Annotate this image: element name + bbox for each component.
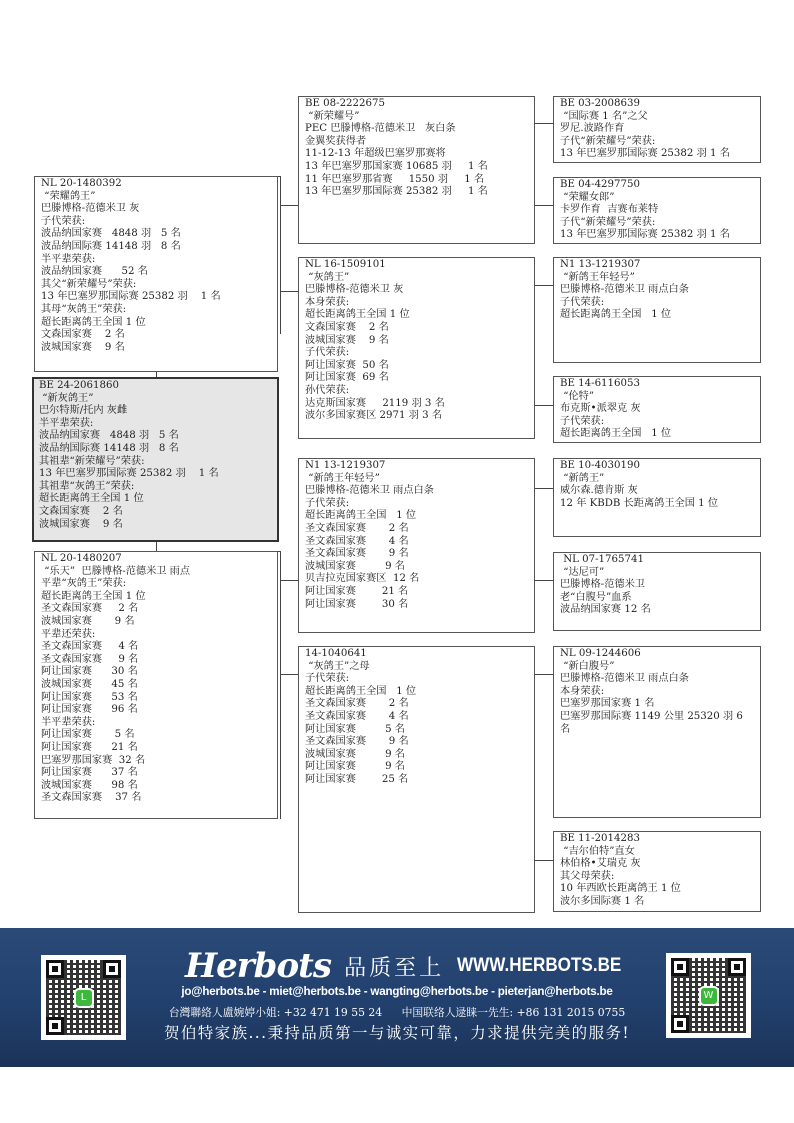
pedigree-line: “荣耀女郎” (560, 192, 756, 205)
pedigree-line: 阿让国家赛 30 名 (41, 666, 273, 679)
pedigree-line: 子代“新荣耀号”荣获: (560, 217, 756, 230)
pedigree-line: 圣文森国家赛 4 名 (41, 641, 273, 654)
pedigree-line: 波城国家赛 9 名 (41, 616, 273, 629)
ring-number: BE 03-2008639 (560, 98, 756, 111)
qr-finder-mark (46, 1017, 64, 1035)
ring-number: NL 09-1244606 (560, 648, 756, 661)
pedigree-sd-dam-card: BE 14-6116053 “伦特”布克斯•派翠克 灰子代荣获:超长距离鸽王全国… (553, 376, 761, 443)
pedigree-line: “吉尔伯特”直女 (560, 846, 756, 859)
qr-finder-mark (671, 1015, 689, 1033)
pedigree-line: 阿让国家赛 25 名 (305, 774, 530, 787)
pedigree-line: 圣文森国家赛 9 名 (41, 654, 273, 667)
line-qr-code[interactable]: L (41, 955, 126, 1040)
pedigree-line: 阿让国家赛 50 名 (305, 360, 530, 373)
pedigree-line: 其祖辈“灰鸽王”荣获: (39, 481, 273, 494)
pedigree-line: 子代荣获: (305, 347, 530, 360)
pedigree-ds-sire-card: BE 10-4030190 “新鸽王”威尔森.德肯斯 灰12 年 KBDB 长距… (553, 458, 761, 537)
pedigree-line: 圣文森国家赛 4 名 (305, 536, 530, 549)
pedigree-line: 阿让国家赛 9 名 (305, 761, 530, 774)
pedigree-line: 巴塞罗那国家赛 32 名 (41, 755, 273, 768)
ring-number: N1 13-1219307 (560, 259, 756, 272)
pedigree-line: 圣文森国家赛 2 名 (305, 523, 530, 536)
pedigree-line: 13 年巴塞罗那国家赛 10685 羽 1 名 (305, 161, 530, 174)
pedigree-line: 10 年西欧长距离鸽王 1 位 (560, 883, 756, 896)
qr-finder-mark (103, 960, 121, 978)
pedigree-line: 超长距离鸽王全国 1 位 (560, 428, 756, 441)
pedigree-line: 其母“灰鸽王”荣获: (41, 304, 273, 317)
pedigree-sire-sire-card: BE 08-2222675 “新荣耀号”PEC 巴滕博格-范德米卫 灰白条金翼奖… (298, 96, 535, 244)
herbots-logo: Herbots (185, 946, 331, 986)
pedigree-line: “伦特” (560, 391, 756, 404)
pedigree-line: 其祖辈“新荣耀号”荣获: (39, 456, 273, 469)
qr-finder-mark (728, 958, 746, 976)
pedigree-line: 阿让国家赛 96 名 (41, 704, 273, 717)
pedigree-sire-card: NL 20-1480392 “荣耀鸽王”巴滕博格-范德米卫 灰子代荣获:波品纳国… (34, 176, 278, 372)
pedigree-line: 半平辈荣获: (41, 254, 273, 267)
pedigree-line: 林伯格•艾瑞克 灰 (560, 858, 756, 871)
pedigree-line: 文森国家赛 2 名 (41, 329, 273, 342)
connector-line (535, 123, 553, 124)
pedigree-line: 13 年巴塞罗那国际赛 25382 羽 1 名 (560, 229, 756, 242)
pedigree-line: 半平辈荣获: (39, 418, 273, 431)
pedigree-line: 超长距离鸽王全国 1 位 (305, 686, 530, 699)
pedigree-line: 本身荣获: (560, 686, 756, 699)
pedigree-line: 阿让国家赛 21 名 (305, 586, 530, 599)
contact-china: 中国联络人逯睐一先生: +86 131 2015 0755 (402, 1006, 626, 1019)
pedigree-line: 波品纳国家赛 12 名 (560, 604, 756, 617)
pedigree-line: 波尔多国家赛区 2971 羽 3 名 (305, 410, 530, 423)
pedigree-dd-dam-card: BE 11-2014283 “吉尔伯特”直女林伯格•艾瑞克 灰其父母荣获:10 … (553, 831, 761, 912)
pedigree-line: “新鸽王” (560, 473, 756, 486)
pedigree-line: 达克斯国家赛 2119 羽 3 名 (305, 398, 530, 411)
pedigree-line: 卡罗作育 吉赛布莱特 (560, 204, 756, 217)
pedigree-dam-card: NL 20-1480207 “乐天” 巴滕博格-范德米卫 雨点平辈“灰鸽王”荣获… (34, 551, 278, 819)
pedigree-line: 波城国家赛 9 名 (41, 342, 273, 355)
pedigree-line: 巴滕博格-范德米卫 雨点白条 (305, 485, 530, 498)
pedigree-line: 波城国家赛 9 名 (305, 749, 530, 762)
pedigree-line: 布克斯•派翠克 灰 (560, 403, 756, 416)
ring-number: NL 20-1480207 (41, 553, 273, 566)
pedigree-line: 威尔森.德肯斯 灰 (560, 485, 756, 498)
pedigree-line: “新荣耀号” (305, 111, 530, 124)
pedigree-line: 13 年巴塞罗那国际赛 25382 羽 1 名 (41, 291, 273, 304)
pedigree-line: 半平辈荣获: (41, 717, 273, 730)
pedigree-line: “新灰鸽王” (39, 393, 273, 406)
pedigree-line: 子代荣获: (560, 416, 756, 429)
pedigree-line: 阿让国家赛 37 名 (41, 767, 273, 780)
footer-banner: L Herbots 品质至上 WWW.HERBOTS.BE jo@herbots… (0, 928, 794, 1067)
pedigree-line: 波城国家赛 9 名 (305, 335, 530, 348)
pedigree-line: 子代荣获: (560, 297, 756, 310)
pedigree-sd-sire-card: N1 13-1219307 “新鸽王年轻号”巴滕博格-范德米卫 雨点白条子代荣获… (553, 257, 761, 363)
pedigree-line: 波品纳国家赛 52 名 (41, 266, 273, 279)
pedigree-line: 阿让国家赛 30 名 (305, 599, 530, 612)
pedigree-line: 12 年 KBDB 长距离鸽王全国 1 位 (560, 498, 756, 511)
ring-number: BE 04-4297750 (560, 179, 756, 192)
pedigree-line: “灰鸽王”之母 (305, 661, 530, 674)
website-link[interactable]: WWW.HERBOTS.BE (457, 955, 621, 977)
connector-line (156, 372, 157, 377)
pedigree-line: 超长距离鸽王全国 1 位 (41, 317, 273, 330)
pedigree-line: 波尔多国际赛 1 名 (560, 896, 756, 909)
company-motto: 贺伯特家族...秉持品质第一与诚实可靠，力求提供完美的服务! (140, 1021, 654, 1043)
pedigree-line: 13 年巴塞罗那国际赛 25382 羽 1 名 (305, 186, 530, 199)
pedigree-line: 超长距离鸽王全国 1 位 (39, 493, 273, 506)
pedigree-line: 子代荣获: (305, 673, 530, 686)
qr-finder-mark (671, 958, 689, 976)
pedigree-line: 子代荣获: (41, 216, 273, 229)
pedigree-line: 波城国家赛 45 名 (41, 679, 273, 692)
pedigree-line: 巴滕博格-范德米卫 雨点白条 (560, 673, 756, 686)
pedigree-line: 巴塞罗那国际赛 1149 公里 25320 羽 6 (560, 711, 756, 724)
ring-number: BE 08-2222675 (305, 98, 530, 111)
pedigree-line: PEC 巴滕博格-范德米卫 灰白条 (305, 123, 530, 136)
pedigree-line: 波城国家赛 9 名 (305, 561, 530, 574)
pedigree-line: “新鸽王年轻号” (560, 272, 756, 285)
pedigree-line: “乐天” 巴滕博格-范德米卫 雨点 (41, 566, 273, 579)
contact-phones: 台灣聯絡人盧婉婷小姐: +32 471 19 55 24 中国联络人逯睐一先生:… (140, 1005, 654, 1020)
pedigree-dam-dam-card: 14-1040641 “灰鸽王”之母子代荣获:超长距离鸽王全国 1 位圣文森国家… (298, 646, 535, 913)
pedigree-line: 巴滕博格-范德米卫 (560, 579, 756, 592)
email-list[interactable]: jo@herbots.be - miet@herbots.be - wangti… (140, 985, 654, 998)
pedigree-line: 巴滕博格-范德米卫 雨点白条 (560, 284, 756, 297)
connector-line (535, 285, 553, 286)
pedigree-line: 圣文森国家赛 2 名 (305, 698, 530, 711)
pedigree-line: 贝吉拉克国家赛区 12 名 (305, 573, 530, 586)
ring-number: BE 24-2061860 (39, 380, 273, 393)
pedigree-line: 超长距离鸽王全国 1 位 (305, 309, 530, 322)
pedigree-line: 圣文森国家赛 2 名 (41, 603, 273, 616)
connector-line (280, 580, 298, 581)
ring-number: NL 16-1509101 (305, 259, 530, 272)
pedigree-line: 波品纳国际赛 14148 羽 8 名 (39, 443, 273, 456)
pedigree-line: 其父母荣获: (560, 871, 756, 884)
pedigree-line: 罗尼.波路作育 (560, 123, 756, 136)
pedigree-ss-dam-card: BE 04-4297750 “荣耀女郎”卡罗作育 吉赛布莱特子代“新荣耀号”荣获… (553, 177, 761, 244)
pedigree-line: 孙代荣获: (305, 385, 530, 398)
pedigree-line: 阿让国家赛 5 名 (305, 724, 530, 737)
pedigree-line: 平辈“灰鸽王”荣获: (41, 578, 273, 591)
pedigree-line: 11 年巴塞罗那省赛 1550 羽 1 名 (305, 174, 530, 187)
pedigree-line: 波城国家赛 9 名 (39, 519, 273, 532)
connector-line (535, 674, 553, 675)
pedigree-line: 子代荣获: (305, 498, 530, 511)
ring-number: BE 11-2014283 (560, 833, 756, 846)
pedigree-line: “新白腹号” (560, 661, 756, 674)
ring-number: NL 20-1480392 (41, 178, 273, 191)
pedigree-line: 巴滕博格-范德米卫 灰 (41, 203, 273, 216)
pedigree-line: 13 年巴塞罗那国际赛 25382 羽 1 名 (39, 468, 273, 481)
brand-slogan: 品质至上 (344, 951, 444, 982)
pedigree-line: 阿让国家赛 21 名 (41, 742, 273, 755)
pedigree-line: 老“白腹号”血系 (560, 592, 756, 605)
pedigree-line: 波品纳国家赛 4848 羽 5 名 (41, 228, 273, 241)
qr-finder-mark (46, 960, 64, 978)
pedigree-line: 阿让国家赛 53 名 (41, 692, 273, 705)
pedigree-line: 圣文森国家赛 9 名 (305, 548, 530, 561)
pedigree-line: 波品纳国际赛 14148 羽 8 名 (41, 241, 273, 254)
pedigree-line: “灰鸽王” (305, 272, 530, 285)
pedigree-line: 波城国家赛 98 名 (41, 780, 273, 793)
pedigree-line: 波品纳国家赛 4848 羽 5 名 (39, 430, 273, 443)
ring-number: BE 14-6116053 (560, 378, 756, 391)
pedigree-line: 文森国家赛 2 名 (39, 506, 273, 519)
wechat-qr-code[interactable]: W (666, 953, 751, 1038)
pedigree-line: 子代“新荣耀号”荣获: (560, 136, 756, 149)
pedigree-line: 金翼奖获得者 (305, 136, 530, 149)
pedigree-line: 阿让国家赛 69 名 (305, 372, 530, 385)
pedigree-line: 巴塞罗那国家赛 1 名 (560, 698, 756, 711)
pedigree-line: “荣耀鸽王” (41, 191, 273, 204)
pedigree-line: “国际赛 1 名”之父 (560, 111, 756, 124)
pedigree-line: 平辈还荣获: (41, 629, 273, 642)
pedigree-sire-dam-card: NL 16-1509101 “灰鸽王”巴滕博格-范德米卫 灰本身荣获:超长距离鸽… (298, 257, 535, 439)
line-icon: L (74, 988, 94, 1008)
pedigree-line: 阿让国家赛 5 名 (41, 729, 273, 742)
pedigree-line: 13 年巴塞罗那国际赛 25382 羽 1 名 (560, 148, 756, 161)
wechat-icon: W (699, 986, 719, 1006)
pedigree-line: 圣文森国家赛 4 名 (305, 711, 530, 724)
connector-line (280, 551, 281, 819)
connector-line (535, 488, 553, 489)
pedigree-subject-card: BE 24-2061860 “新灰鸽王”巴尔特斯/托内 灰雌半平辈荣获:波品纳国… (32, 377, 279, 542)
ring-number: N1 13-1219307 (305, 460, 530, 473)
pedigree-line: 超长距离鸽王全国 1 位 (305, 510, 530, 523)
connector-line (535, 405, 553, 406)
ring-number: 14-1040641 (305, 648, 530, 661)
pedigree-ds-dam-card: NL 07-1765741 “达尼可”巴滕博格-范德米卫老“白腹号”血系波品纳国… (553, 552, 761, 631)
connector-line (535, 205, 553, 206)
connector-line (280, 674, 298, 675)
connector-line (280, 291, 298, 292)
brand-header: Herbots 品质至上 WWW.HERBOTS.BE (185, 946, 625, 986)
pedigree-line: 超长距离鸽王全国 1 位 (560, 309, 756, 322)
pedigree-ss-sire-card: BE 03-2008639 “国际赛 1 名”之父罗尼.波路作育子代“新荣耀号”… (553, 96, 761, 163)
pedigree-line: 巴尔特斯/托内 灰雌 (39, 405, 273, 418)
connector-line (535, 580, 553, 581)
pedigree-line: 其父“新荣耀号”荣获: (41, 279, 273, 292)
pedigree-line: “达尼可” (560, 567, 756, 580)
contact-taiwan: 台灣聯絡人盧婉婷小姐: +32 471 19 55 24 (169, 1006, 382, 1019)
pedigree-line: 圣文森国家赛 9 名 (305, 736, 530, 749)
pedigree-line: “新鸽王年轻号” (305, 473, 530, 486)
pedigree-line: 文森国家赛 2 名 (305, 322, 530, 335)
pedigree-line: 圣文森国家赛 37 名 (41, 792, 273, 805)
ring-number: NL 07-1765741 (560, 554, 756, 567)
pedigree-dam-sire-card: N1 13-1219307 “新鸽王年轻号”巴滕博格-范德米卫 雨点白条子代荣获… (298, 458, 535, 633)
pedigree-dd-sire-card: NL 09-1244606 “新白腹号”巴滕博格-范德米卫 雨点白条本身荣获:巴… (553, 646, 761, 818)
connector-line (535, 860, 553, 861)
pedigree-line: 超长距离鸽王全国 1 位 (41, 591, 273, 604)
pedigree-line: 巴滕博格-范德米卫 灰 (305, 284, 530, 297)
connector-line (156, 542, 157, 551)
pedigree-line: 11-12-13 年超级巴塞罗那赛将 (305, 148, 530, 161)
pedigree-line: 名 (560, 724, 756, 737)
ring-number: BE 10-4030190 (560, 460, 756, 473)
connector-line (280, 176, 281, 334)
connector-line (280, 205, 298, 206)
pedigree-line: 本身荣获: (305, 297, 530, 310)
